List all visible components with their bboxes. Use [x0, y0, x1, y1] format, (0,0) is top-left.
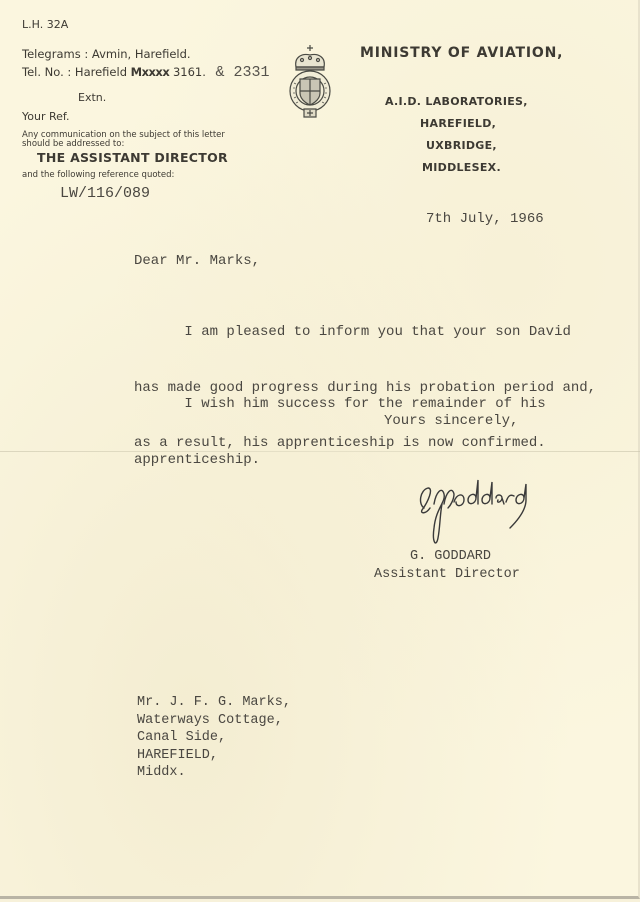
letter-page: L.H. 32A Telegrams : Avmin, Harefield. T…	[0, 0, 640, 899]
your-ref-label: Your Ref.	[22, 110, 69, 123]
paragraph-1-line-1: I am pleased to inform you that your son…	[134, 323, 596, 342]
telephone-prefix: Tel. No. : Harefield	[22, 65, 131, 79]
communication-note-line-2: should be addressed to:	[22, 140, 225, 149]
closing: Yours sincerely,	[384, 412, 518, 431]
paragraph-2-line-2: apprenticeship.	[134, 451, 546, 470]
signatory-title: Assistant Director	[374, 567, 520, 582]
recipient-address: Mr. J. F. G. Marks, Waterways Cottage, C…	[137, 694, 291, 782]
paragraph-2-line-1: I wish him success for the remainder of …	[134, 395, 546, 414]
handwritten-signature-icon	[410, 468, 570, 558]
telephone-added-number: & 2331	[216, 64, 270, 81]
telephone-line: Tel. No. : Harefield Mxxxx 3161. & 2331	[22, 64, 270, 81]
communication-note: Any communication on the subject of this…	[22, 131, 225, 149]
salutation: Dear Mr. Marks,	[134, 252, 260, 271]
organisation-name: MINISTRY OF AVIATION,	[360, 45, 563, 61]
addressee-role: THE ASSISTANT DIRECTOR	[37, 150, 228, 165]
telephone-number: 3161.	[173, 65, 206, 79]
recipient-line-3: Canal Side,	[137, 729, 291, 747]
struck-exchange: Mxxxx	[131, 65, 170, 79]
address-line-3: UXBRIDGE,	[426, 139, 596, 152]
signatory-name: G. GODDARD	[410, 549, 491, 564]
royal-coat-of-arms-icon	[284, 43, 336, 123]
our-reference: LW/116/089	[60, 185, 150, 202]
address-line-1: A.I.D. LABORATORIES,	[385, 95, 555, 108]
address-line-4: MIDDLESEX.	[422, 161, 592, 174]
letter-date: 7th July, 1966	[426, 211, 544, 227]
recipient-line-1: Mr. J. F. G. Marks,	[137, 694, 291, 712]
telegrams-line: Telegrams : Avmin, Harefield.	[22, 47, 191, 61]
extension-label: Extn.	[78, 91, 106, 104]
recipient-line-4: HAREFIELD,	[137, 747, 291, 765]
form-code: L.H. 32A	[22, 18, 68, 31]
recipient-line-2: Waterways Cottage,	[137, 712, 291, 730]
recipient-line-5: Middx.	[137, 764, 291, 782]
reference-note: and the following reference quoted:	[22, 170, 174, 180]
address-line-2: HAREFIELD,	[420, 117, 590, 130]
